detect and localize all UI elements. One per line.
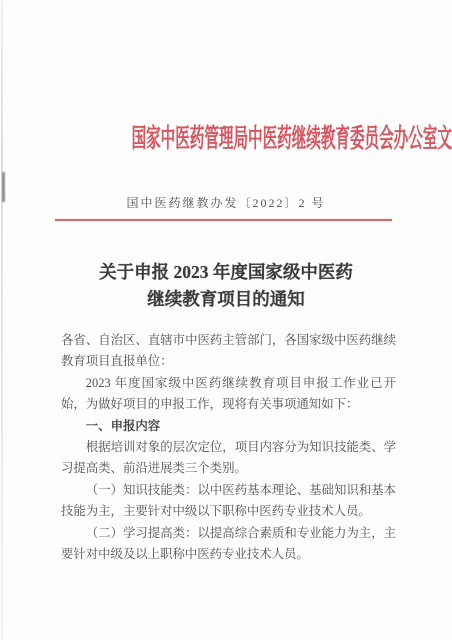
item-2-paragraph: （二）学习提高类：以提高综合素质和专业能力为主，主要针对中级及以上职称中医药专业… [61,523,396,566]
document-number: 国中医药继教办发〔2022〕2 号 [0,194,452,211]
issuing-org-banner: 国家中医药管理局中医药继续教育委员会办公室文件 [0,118,452,155]
red-divider-line [55,219,392,221]
issuing-org-banner-text: 国家中医药管理局中医药继续教育委员会办公室文件 [132,118,452,155]
salutation: 各省、自治区、直辖市中医药主管部门，各国家级中医药继续教育项目直报单位： [61,330,396,373]
notice-title-line2: 继续教育项目的通知 [0,286,452,313]
section-1-intro-paragraph: 根据培训对象的层次定位，项目内容分为知识技能类、学习提高类、前沿进展类三个类别。 [61,437,396,480]
notice-body: 各省、自治区、直辖市中医药主管部门，各国家级中医药继续教育项目直报单位： 202… [61,330,396,565]
intro-paragraph: 2023 年度国家级中医药继续教育项目申报工作业已开始，为做好项目的申报工作，现… [61,373,396,416]
section-1-heading: 一、申报内容 [61,416,396,437]
document-page: 国家中医药管理局中医药继续教育委员会办公室文件 国中医药继教办发〔2022〕2 … [0,0,452,640]
notice-title: 关于申报 2023 年度国家级中医药 继续教育项目的通知 [0,259,452,313]
notice-title-line1: 关于申报 2023 年度国家级中医药 [0,259,452,286]
scan-edge-artifact [1,0,3,640]
item-1-paragraph: （一）知识技能类：以中医药基本理论、基础知识和基本技能为主，主要针对中级以下职称… [61,480,396,523]
